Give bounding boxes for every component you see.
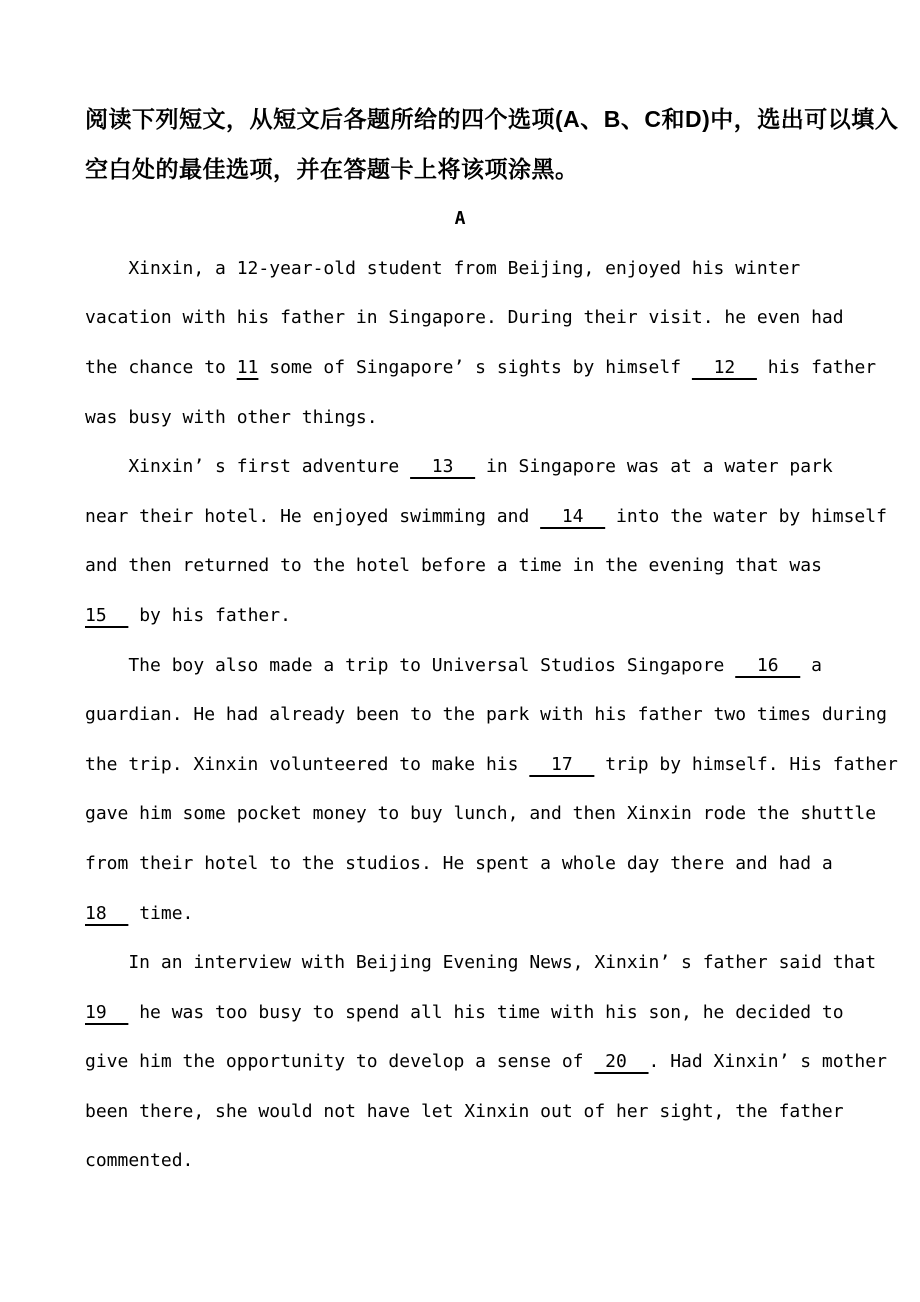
- passage-text: commented.: [85, 1150, 193, 1171]
- passage-text: In an interview with Beijing Evening New…: [85, 952, 876, 973]
- passage-p1-line-2: vacation with his father in Singapore. D…: [85, 293, 895, 343]
- passage-text: . Had Xinxin’ s mother: [649, 1051, 887, 1072]
- passage-text: the trip. Xinxin volunteered to make his: [85, 754, 529, 775]
- blank-17: 17: [529, 754, 594, 775]
- passage-p2-line-1: Xinxin’ s first adventure 13 in Singapor…: [85, 442, 895, 492]
- blank-15: 15: [85, 605, 128, 626]
- passage-p3-line-2: guardian. He had already been to the par…: [85, 690, 895, 740]
- blank-13: 13: [410, 456, 475, 477]
- passage-text: guardian. He had already been to the par…: [85, 704, 887, 725]
- passage-p4-line-2: 19 he was too busy to spend all his time…: [85, 988, 895, 1038]
- passage-text: he was too busy to spend all his time wi…: [128, 1002, 843, 1023]
- passage-p3-line-6: 18 time.: [85, 889, 895, 939]
- passage-p4-line-3: give him the opportunity to develop a se…: [85, 1037, 895, 1087]
- passage-text: near their hotel. He enjoyed swimming an…: [85, 506, 540, 527]
- passage-text: trip by himself. His father: [594, 754, 897, 775]
- passage-p2-line-4: 15 by his father.: [85, 591, 895, 641]
- passage-text: some of Singapore’ s sights by himself: [258, 357, 691, 378]
- passage-p4-line-5: commented.: [85, 1136, 895, 1186]
- passage-p3-line-5: from their hotel to the studios. He spen…: [85, 839, 895, 889]
- blank-11: 11: [237, 357, 259, 378]
- exam-page: 阅读下列短文，从短文后各题所给的四个选项(A、B、C和D)中，选出可以填入 空白…: [0, 0, 920, 1302]
- passage-p4-line-4: been there, she would not have let Xinxi…: [85, 1087, 895, 1137]
- passage-text: been there, she would not have let Xinxi…: [85, 1101, 844, 1122]
- passage-p3-line-3: the trip. Xinxin volunteered to make his…: [85, 740, 895, 790]
- instructions-line-1: 阅读下列短文，从短文后各题所给的四个选项(A、B、C和D)中，选出可以填入: [85, 95, 895, 145]
- passage-p1-line-4: was busy with other things.: [85, 393, 895, 443]
- passage-p4-line-1: In an interview with Beijing Evening New…: [85, 938, 895, 988]
- blank-12: 12: [692, 357, 757, 378]
- instructions-line-2: 空白处的最佳选项，并在答题卡上将该项涂黑。: [85, 145, 895, 195]
- passage-text: Xinxin’ s first adventure: [85, 456, 410, 477]
- page-content: 阅读下列短文，从短文后各题所给的四个选项(A、B、C和D)中，选出可以填入 空白…: [85, 95, 895, 1186]
- passage-p2-line-2: near their hotel. He enjoyed swimming an…: [85, 492, 895, 542]
- blank-19: 19: [85, 1002, 128, 1023]
- passage-text: a: [800, 655, 822, 676]
- passage-text: and then returned to the hotel before a …: [85, 555, 822, 576]
- passage-p3-line-1: The boy also made a trip to Universal St…: [85, 641, 895, 691]
- passage-text: was busy with other things.: [85, 407, 378, 428]
- passage-text: Xinxin, a 12-year-old student from Beiji…: [85, 258, 800, 279]
- passage-text: give him the opportunity to develop a se…: [85, 1051, 594, 1072]
- passage-p1-line-3: the chance to 11 some of Singapore’ s si…: [85, 343, 895, 393]
- passage: Xinxin, a 12-year-old student from Beiji…: [85, 244, 895, 1186]
- blank-16: 16: [735, 655, 800, 676]
- passage-text: gave him some pocket money to buy lunch,…: [85, 803, 876, 824]
- passage-text: the chance to: [85, 357, 237, 378]
- passage-p1-line-1: Xinxin, a 12-year-old student from Beiji…: [85, 244, 895, 294]
- section-header-a: A: [85, 194, 895, 244]
- blank-14: 14: [540, 506, 605, 527]
- passage-text: from their hotel to the studios. He spen…: [85, 853, 833, 874]
- passage-text: time.: [128, 903, 193, 924]
- passage-text: The boy also made a trip to Universal St…: [85, 655, 735, 676]
- blank-18: 18: [85, 903, 128, 924]
- blank-20: 20: [594, 1051, 648, 1072]
- passage-p3-line-4: gave him some pocket money to buy lunch,…: [85, 789, 895, 839]
- passage-text: in Singapore was at a water park: [475, 456, 833, 477]
- passage-text: by his father.: [128, 605, 291, 626]
- passage-p2-line-3: and then returned to the hotel before a …: [85, 541, 895, 591]
- passage-text: vacation with his father in Singapore. D…: [85, 307, 844, 328]
- passage-text: his father: [757, 357, 876, 378]
- passage-text: into the water by himself: [605, 506, 887, 527]
